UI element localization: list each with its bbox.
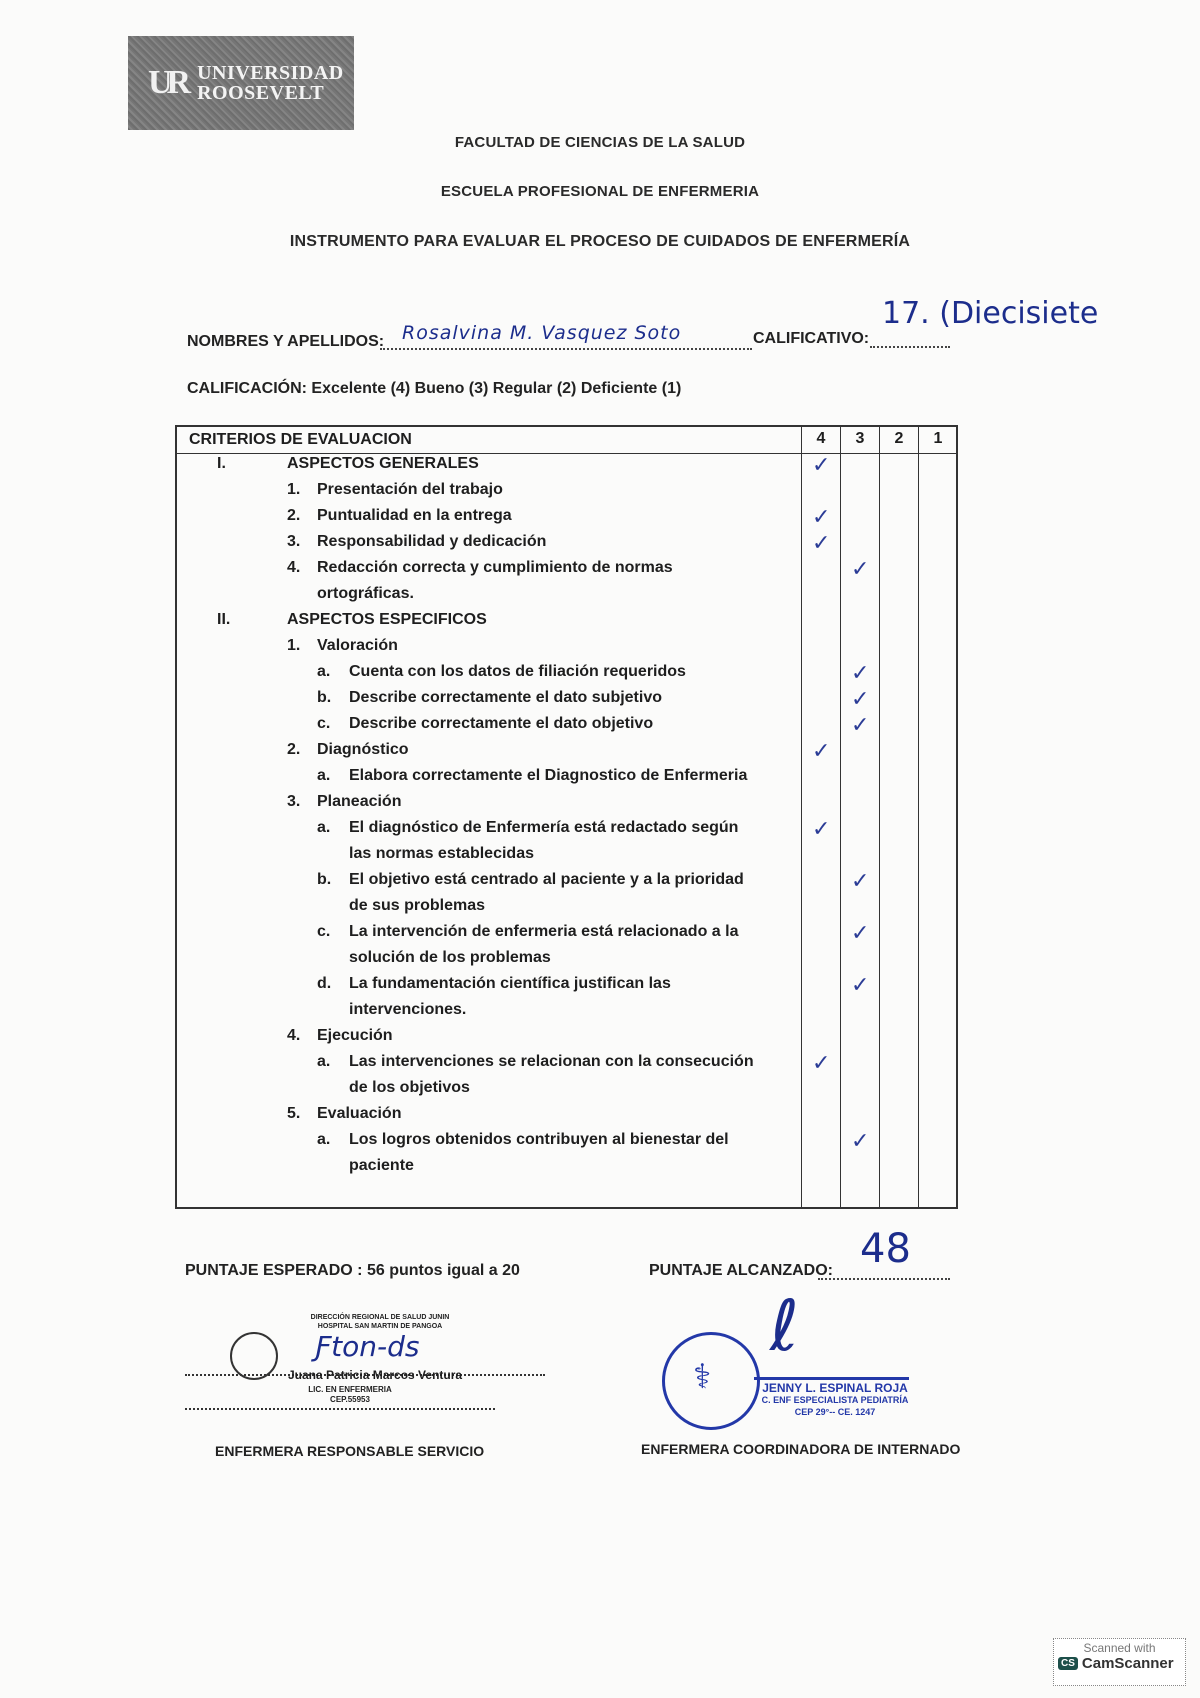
document-title: INSTRUMENTO PARA EVALUAR EL PROCESO DE C…	[0, 233, 1200, 251]
check-mark-icon: ✓	[812, 453, 830, 478]
grading-scale: CALIFICACIÓN: Excelente (4) Bueno (3) Re…	[187, 380, 681, 398]
left-signer-name: Juana Patricia Marcos Ventura	[288, 1368, 462, 1382]
right-signer-name: JENNY L. ESPINAL ROJA	[760, 1382, 910, 1394]
criterion-row: Planeación	[317, 793, 401, 811]
row-number: a.	[317, 1131, 330, 1149]
criterion-row: Los logros obtenidos contribuyen al bien…	[349, 1131, 729, 1149]
row-number: I.	[217, 455, 226, 473]
faculty-heading: FACULTAD DE CIENCIAS DE LA SALUD	[0, 134, 1200, 151]
criterion-row: Las intervenciones se relacionan con la …	[349, 1053, 754, 1071]
criterion-row: Puntualidad en la entrega	[317, 507, 512, 525]
criterion-row: ortográficas.	[317, 585, 414, 603]
check-mark-icon: ✓	[812, 505, 830, 530]
row-number: 5.	[287, 1105, 300, 1123]
row-number: 3.	[287, 533, 300, 551]
criterion-row: Responsabilidad y dedicación	[317, 533, 546, 551]
column-3: 3	[841, 430, 879, 448]
left-stamp-line-1: DIRECCIÓN REGIONAL DE SALUD JUNIN	[280, 1313, 480, 1322]
criterion-row: Ejecución	[317, 1027, 393, 1045]
logo-line-1: UNIVERSIDAD	[197, 63, 344, 83]
row-number: b.	[317, 689, 331, 707]
check-mark-icon: ✓	[812, 1051, 830, 1076]
row-number: a.	[317, 1053, 330, 1071]
row-number: c.	[317, 715, 330, 733]
left-signer-cep: CEP.55953	[300, 1395, 400, 1405]
evaluation-table: CRITERIOS DE EVALUACION 4 3 2 1 I.ASPECT…	[175, 425, 958, 1209]
row-number: II.	[217, 611, 230, 629]
criterion-row: Cuenta con los datos de filiación requer…	[349, 663, 686, 681]
row-number: a.	[317, 819, 330, 837]
criterion-row: Presentación del trabajo	[317, 481, 503, 499]
watermark-line-1: Scanned with	[1058, 1641, 1181, 1655]
criterion-row: La fundamentación científica justifican …	[349, 975, 671, 993]
row-number: 4.	[287, 1027, 300, 1045]
name-label: NOMBRES Y APELLIDOS:	[187, 333, 384, 351]
left-signer-role: ENFERMERA RESPONSABLE SERVICIO	[215, 1443, 484, 1459]
school-heading: ESCUELA PROFESIONAL DE ENFERMERIA	[0, 183, 1200, 200]
left-signature-line-2	[185, 1408, 495, 1410]
criterion-row: paciente	[349, 1157, 414, 1175]
criterion-row: Diagnóstico	[317, 741, 409, 759]
row-number: 2.	[287, 741, 300, 759]
row-number: c.	[317, 923, 330, 941]
row-number: 4.	[287, 559, 300, 577]
row-number: 1.	[287, 481, 300, 499]
criterion-row: Redacción correcta y cumplimiento de nor…	[317, 559, 673, 577]
check-mark-icon: ✓	[851, 921, 869, 946]
camscanner-watermark: Scanned with CS CamScanner	[1053, 1638, 1186, 1686]
check-mark-icon: ✓	[851, 1129, 869, 1154]
university-logo: UR UNIVERSIDAD ROOSEVELT	[128, 36, 354, 130]
criterion-row: Describe correctamente el dato objetivo	[349, 715, 653, 733]
check-mark-icon: ✓	[851, 973, 869, 998]
watermark-line-2: CamScanner	[1082, 1655, 1174, 1672]
criterion-row: de sus problemas	[349, 897, 485, 915]
row-number: 2.	[287, 507, 300, 525]
row-number: d.	[317, 975, 331, 993]
criterion-row: El diagnóstico de Enfermería está redact…	[349, 819, 738, 837]
criterion-row: de los objetivos	[349, 1079, 470, 1097]
criterion-row: solución de los problemas	[349, 949, 551, 967]
criterion-row: las normas establecidas	[349, 845, 534, 863]
criterion-row: El objetivo está centrado al paciente y …	[349, 871, 744, 889]
left-signer-title: LIC. EN ENFERMERIA	[300, 1385, 400, 1395]
row-number: a.	[317, 767, 330, 785]
row-number: b.	[317, 871, 331, 889]
row-number: a.	[317, 663, 330, 681]
grade-value: 17. (Diecisiete	[882, 296, 1098, 331]
row-number: 3.	[287, 793, 300, 811]
criterion-row: La intervención de enfermeria está relac…	[349, 923, 738, 941]
right-signature-line	[754, 1377, 909, 1380]
column-2: 2	[880, 430, 918, 448]
check-mark-icon: ✓	[851, 687, 869, 712]
left-signer-credentials: LIC. EN ENFERMERIA CEP.55953	[300, 1385, 400, 1405]
check-mark-icon: ✓	[851, 869, 869, 894]
left-stamp-header: DIRECCIÓN REGIONAL DE SALUD JUNIN HOSPIT…	[280, 1313, 480, 1331]
right-signature: ℓ	[770, 1285, 799, 1367]
logo-line-2: ROOSEVELT	[197, 83, 344, 103]
check-mark-icon: ✓	[851, 557, 869, 582]
right-signer-credentials: JENNY L. ESPINAL ROJA C. ENF ESPECIALIST…	[760, 1382, 910, 1418]
grade-field	[870, 330, 950, 348]
check-mark-icon: ✓	[851, 713, 869, 738]
left-seal-icon	[230, 1332, 278, 1380]
check-mark-icon: ✓	[812, 739, 830, 764]
criterion-row: ASPECTOS ESPECIFICOS	[287, 611, 487, 629]
check-mark-icon: ✓	[851, 661, 869, 686]
university-logo-mark: UR	[148, 64, 185, 102]
right-seal-icon: ⚕	[662, 1332, 760, 1430]
criterion-row: Evaluación	[317, 1105, 401, 1123]
criterion-row: ASPECTOS GENERALES	[287, 455, 479, 473]
achieved-score-value: 48	[860, 1226, 911, 1272]
column-4: 4	[802, 430, 840, 448]
name-field: Rosalvina M. Vasquez Soto	[380, 330, 752, 350]
criterion-row: intervenciones.	[349, 1001, 466, 1019]
achieved-score-label: PUNTAJE ALCANZADO:	[649, 1262, 833, 1280]
camscanner-icon: CS	[1058, 1657, 1078, 1670]
criterion-row: Valoración	[317, 637, 398, 655]
table-header: CRITERIOS DE EVALUACION	[189, 431, 412, 449]
criterion-row: Elabora correctamente el Diagnostico de …	[349, 767, 747, 785]
check-mark-icon: ✓	[812, 817, 830, 842]
name-value: Rosalvina M. Vasquez Soto	[402, 322, 681, 344]
right-signer-title: C. ENF ESPECIALISTA PEDIATRÍA	[760, 1394, 910, 1406]
criterion-row: Describe correctamente el dato subjetivo	[349, 689, 662, 707]
right-signer-cep: CEP 29°-- CE. 1247	[760, 1406, 910, 1418]
grade-label: CALIFICATIVO:	[753, 330, 869, 348]
left-signature: Ƒton-ds	[315, 1330, 419, 1363]
expected-score: PUNTAJE ESPERADO : 56 puntos igual a 20	[185, 1262, 520, 1280]
row-number: 1.	[287, 637, 300, 655]
check-mark-icon: ✓	[812, 531, 830, 556]
right-signer-role: ENFERMERA COORDINADORA DE INTERNADO	[641, 1441, 960, 1457]
column-1: 1	[919, 430, 957, 448]
